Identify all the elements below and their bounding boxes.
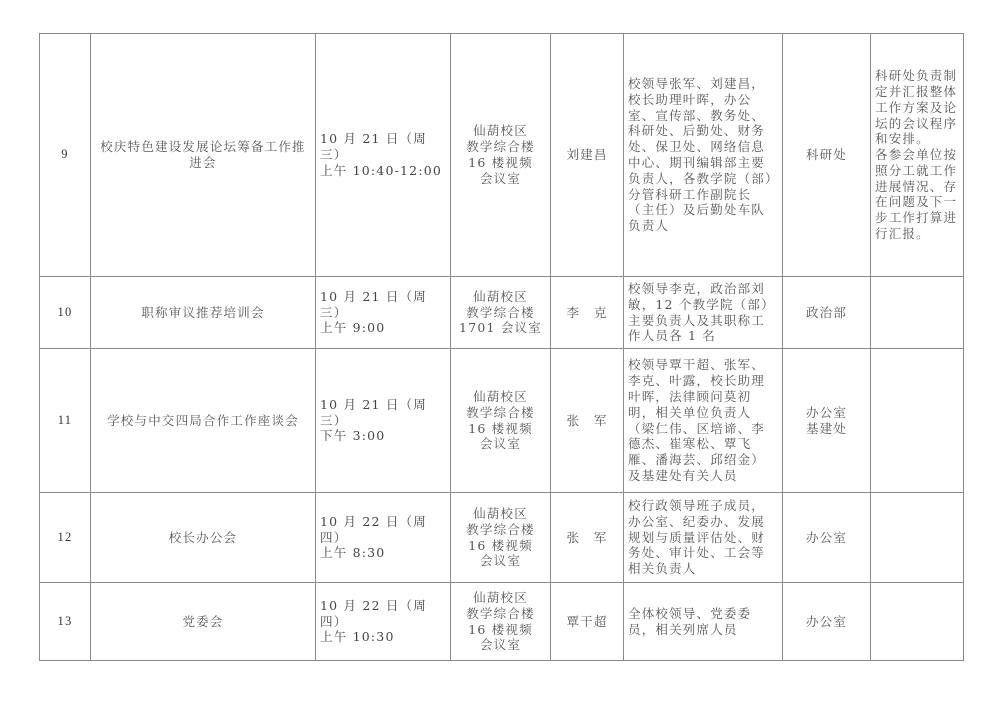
meeting-attendees: 校行政领导班子成员，办公室、纪委办、发展规划与质量评估处、财务处、审计处、工会等… xyxy=(624,493,783,583)
meeting-organizer: 办公室 基建处 xyxy=(783,349,871,493)
meeting-organizer: 办公室 xyxy=(783,493,871,583)
meeting-name: 党委会 xyxy=(91,583,316,661)
meeting-attendees: 全体校领导、党委委员，相关列席人员 xyxy=(624,583,783,661)
meeting-notes xyxy=(871,277,964,349)
meeting-name: 职称审议推荐培训会 xyxy=(91,277,316,349)
table-row: 13 党委会 10 月 22 日（周四） 上午 10:30 仙葫校区 教学综合楼… xyxy=(40,583,964,661)
meeting-name: 学校与中交四局合作工作座谈会 xyxy=(91,349,316,493)
row-number: 11 xyxy=(40,349,91,493)
row-number: 10 xyxy=(40,277,91,349)
meeting-location: 仙葫校区 教学综合楼 1701 会议室 xyxy=(451,277,551,349)
meeting-host: 张 军 xyxy=(551,493,624,583)
row-number: 9 xyxy=(40,34,91,277)
meeting-notes xyxy=(871,493,964,583)
meeting-notes: 科研处负责制定并汇报整体工作方案及论坛的会议程序和安排。 各参会单位按照分工就工… xyxy=(871,34,964,277)
meeting-host: 刘建昌 xyxy=(551,34,624,277)
table-row: 9 校庆特色建设发展论坛筹备工作推进会 10 月 21 日（周三） 上午 10:… xyxy=(40,34,964,277)
meeting-location: 仙葫校区 教学综合楼 16 楼视频 会议室 xyxy=(451,349,551,493)
meeting-time: 10 月 21 日（周三） 上午 9:00 xyxy=(316,277,451,349)
meeting-schedule-table: 9 校庆特色建设发展论坛筹备工作推进会 10 月 21 日（周三） 上午 10:… xyxy=(39,33,964,661)
meeting-name: 校庆特色建设发展论坛筹备工作推进会 xyxy=(91,34,316,277)
meeting-host: 覃干超 xyxy=(551,583,624,661)
meeting-host: 张 军 xyxy=(551,349,624,493)
meeting-time: 10 月 22 日（周四） 上午 10:30 xyxy=(316,583,451,661)
meeting-location: 仙葫校区 教学综合楼 16 楼视频 会议室 xyxy=(451,493,551,583)
row-number: 13 xyxy=(40,583,91,661)
meeting-organizer: 科研处 xyxy=(783,34,871,277)
meeting-attendees: 校领导张军、刘建昌，校长助理叶晖，办公室、宣传部、教务处、科研处、后勤处、财务处… xyxy=(624,34,783,277)
meeting-attendees: 校领导覃干超、张军、李克、叶露，校长助理叶晖，法律顾问莫初明，相关单位负责人（梁… xyxy=(624,349,783,493)
table-row: 10 职称审议推荐培训会 10 月 21 日（周三） 上午 9:00 仙葫校区 … xyxy=(40,277,964,349)
table-row: 11 学校与中交四局合作工作座谈会 10 月 21 日（周三） 下午 3:00 … xyxy=(40,349,964,493)
meeting-notes xyxy=(871,583,964,661)
meeting-location: 仙葫校区 教学综合楼 16 楼视频 会议室 xyxy=(451,583,551,661)
table-row: 12 校长办公会 10 月 22 日（周四） 上午 8:30 仙葫校区 教学综合… xyxy=(40,493,964,583)
meeting-name: 校长办公会 xyxy=(91,493,316,583)
meeting-host: 李 克 xyxy=(551,277,624,349)
meeting-location: 仙葫校区 教学综合楼 16 楼视频 会议室 xyxy=(451,34,551,277)
row-number: 12 xyxy=(40,493,91,583)
meeting-time: 10 月 21 日（周三） 下午 3:00 xyxy=(316,349,451,493)
meeting-organizer: 政治部 xyxy=(783,277,871,349)
meeting-attendees: 校领导李克，政治部刘敏，12 个教学院（部）主要负责人及其职称工作人员各 1 名 xyxy=(624,277,783,349)
meeting-notes xyxy=(871,349,964,493)
meeting-time: 10 月 21 日（周三） 上午 10:40-12:00 xyxy=(316,34,451,277)
meeting-organizer: 办公室 xyxy=(783,583,871,661)
meeting-time: 10 月 22 日（周四） 上午 8:30 xyxy=(316,493,451,583)
